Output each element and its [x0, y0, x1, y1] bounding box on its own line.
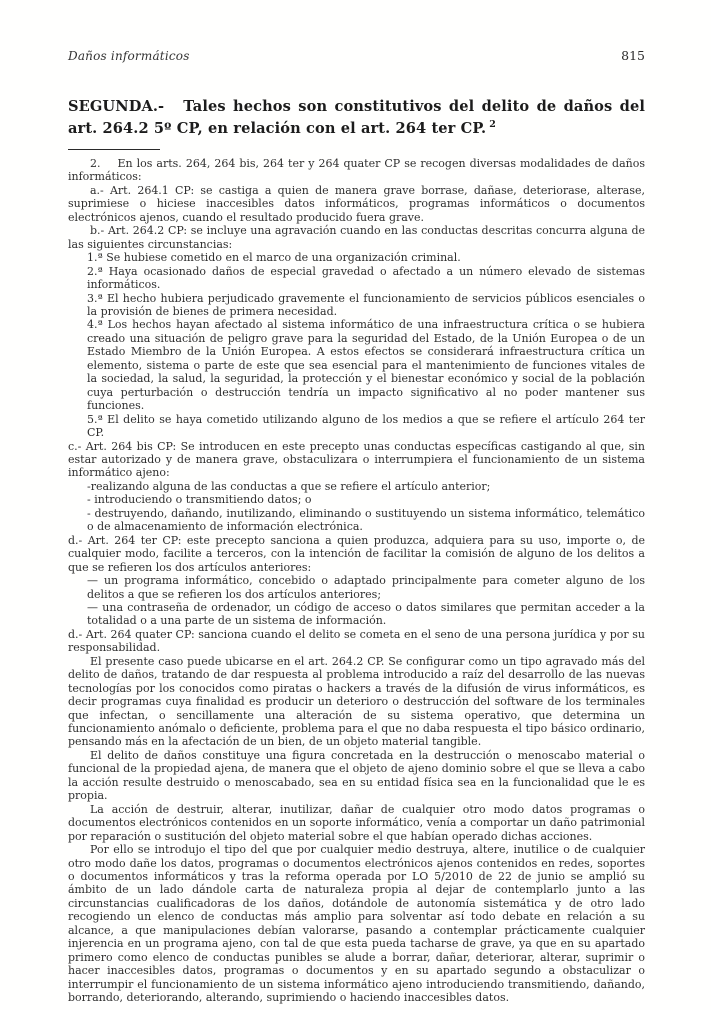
footnote-list-item: — una contraseña de ordenador, un código…	[87, 601, 645, 628]
footnote-number: 2.	[90, 157, 101, 170]
footnote-list-item: 2.ª Haya ocasionado daños de especial gr…	[87, 265, 645, 292]
footnote-paragraph: Por ello se introdujo el tipo del que po…	[68, 843, 645, 1004]
footnote-list-item: — un programa informático, concebido o a…	[87, 574, 645, 601]
footnote-paragraph: d.- Art. 264 quater CP: sanciona cuando …	[68, 628, 645, 655]
footnote-separator	[68, 149, 160, 150]
footnote-paragraph: a.- Art. 264.1 CP: se castiga a quien de…	[68, 184, 645, 224]
footnote-list-item: 3.ª El hecho hubiera perjudicado graveme…	[87, 292, 645, 319]
footnote-list-item: -realizando alguna de las conductas a qu…	[87, 480, 645, 493]
footnote-paragraph: d.- Art. 264 ter CP: este precepto sanci…	[68, 534, 645, 574]
footnote-block: 2.En los arts. 264, 264 bis, 264 ter y 2…	[68, 157, 645, 1005]
footnote-list-item: - introduciendo o transmitiendo datos; o	[87, 493, 645, 506]
document-page: Daños informáticos 815 SEGUNDA.-Tales he…	[0, 0, 711, 1010]
footnote-paragraph: c.- Art. 264 bis CP: Se introducen en es…	[68, 440, 645, 480]
footnote-paragraph: b.- Art. 264.2 CP: se incluye una agrava…	[68, 224, 645, 251]
section-heading-label: SEGUNDA.-	[68, 98, 164, 115]
footnote-list-item: 1.ª Se hubiese cometido en el marco de u…	[87, 251, 645, 264]
page-number: 815	[621, 48, 645, 63]
footnote-paragraph: El presente caso puede ubicarse en el ar…	[68, 655, 645, 749]
footnote-paragraph: La acción de destruir, alterar, inutiliz…	[68, 803, 645, 843]
footnote-paragraph: 2.En los arts. 264, 264 bis, 264 ter y 2…	[68, 157, 645, 184]
running-title: Daños informáticos	[68, 49, 190, 63]
footnote-list-item: 5.ª El delito se haya cometido utilizand…	[87, 413, 645, 440]
footnote-paragraph: El delito de daños constituye una figura…	[68, 749, 645, 803]
footnote-paragraph-text: En los arts. 264, 264 bis, 264 ter y 264…	[68, 157, 645, 183]
footnote-list-item: 4.ª Los hechos hayan afectado al sistema…	[87, 318, 645, 412]
section-heading: SEGUNDA.-Tales hechos son constitutivos …	[68, 96, 645, 139]
footnote-reference: 2	[489, 119, 496, 130]
page-header: Daños informáticos 815	[68, 48, 645, 63]
footnote-list-item: - destruyendo, dañando, inutilizando, el…	[87, 507, 645, 534]
